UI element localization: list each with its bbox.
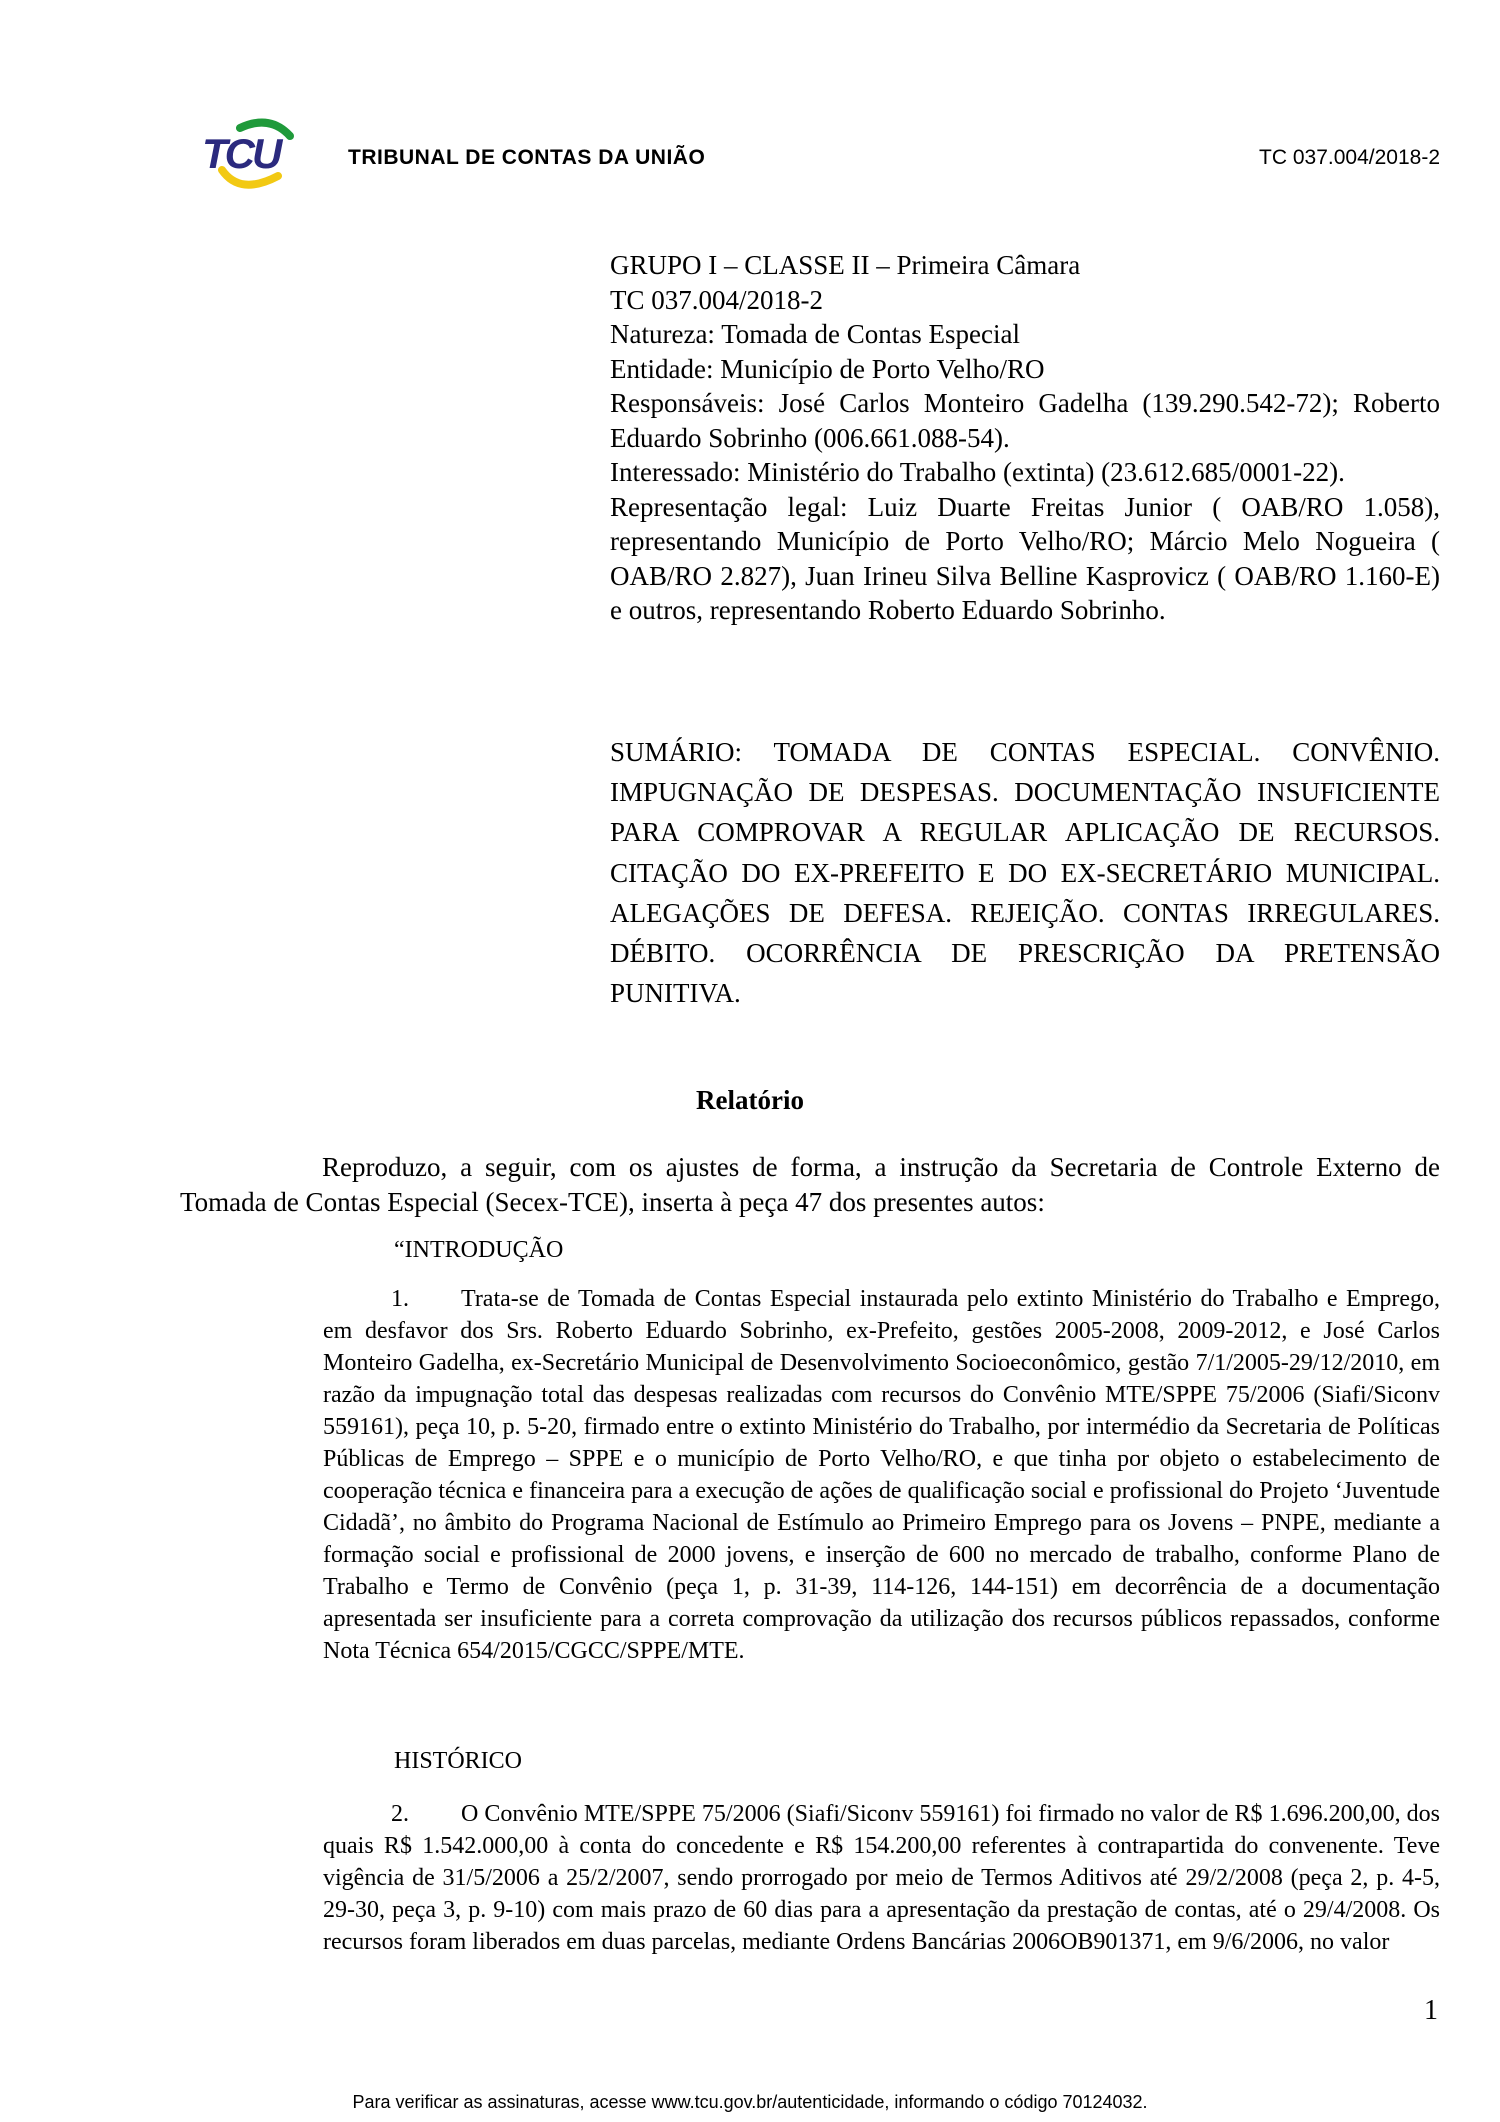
heading-history: HISTÓRICO xyxy=(394,1745,1500,1777)
paragraph-2: 2.O Convênio MTE/SPPE 75/2006 (Siafi/Sic… xyxy=(323,1798,1440,1958)
organization-name: TRIBUNAL DE CONTAS DA UNIÃO xyxy=(348,146,705,170)
paragraph-1: 1.Trata-se de Tomada de Contas Especial … xyxy=(323,1283,1440,1667)
paragraph-text: O Convênio MTE/SPPE 75/2006 (Siafi/Sicon… xyxy=(323,1801,1440,1955)
ementa-responsibles: Responsáveis: José Carlos Monteiro Gadel… xyxy=(610,386,1440,455)
page-header: TCU TRIBUNAL DE CONTAS DA UNIÃO TC 037.0… xyxy=(0,0,1500,200)
ementa-group: GRUPO I – CLASSE II – Primeira Câmara xyxy=(610,248,1440,283)
ementa-entity: Entidade: Município de Porto Velho/RO xyxy=(610,352,1440,387)
svg-text:TCU: TCU xyxy=(202,130,284,177)
heading-introduction: “INTRODUÇÃO xyxy=(394,1234,1500,1266)
section-title: Relatório xyxy=(0,1083,1500,1118)
paragraph-number: 2. xyxy=(391,1798,461,1830)
ementa-process: TC 037.004/2018-2 xyxy=(610,283,1440,318)
ementa-block: GRUPO I – CLASSE II – Primeira Câmara TC… xyxy=(610,248,1440,628)
summary: SUMÁRIO: TOMADA DE CONTAS ESPECIAL. CONV… xyxy=(610,732,1440,1013)
ementa-interested: Interessado: Ministério do Trabalho (ext… xyxy=(610,455,1440,490)
page-number: 1 xyxy=(1424,1995,1438,2027)
tcu-logo-icon: TCU xyxy=(200,118,300,192)
intro-paragraph: Reproduzo, a seguir, com os ajustes de f… xyxy=(180,1150,1440,1219)
ementa-legal-representation: Representação legal: Luiz Duarte Freitas… xyxy=(610,490,1440,628)
paragraph-number: 1. xyxy=(391,1283,461,1315)
ementa-nature: Natureza: Tomada de Contas Especial xyxy=(610,317,1440,352)
verification-footer: Para verificar as assinaturas, acesse ww… xyxy=(0,2092,1500,2113)
process-number: TC 037.004/2018-2 xyxy=(1259,146,1440,170)
paragraph-text: Trata-se de Tomada de Contas Especial in… xyxy=(323,1286,1440,1664)
